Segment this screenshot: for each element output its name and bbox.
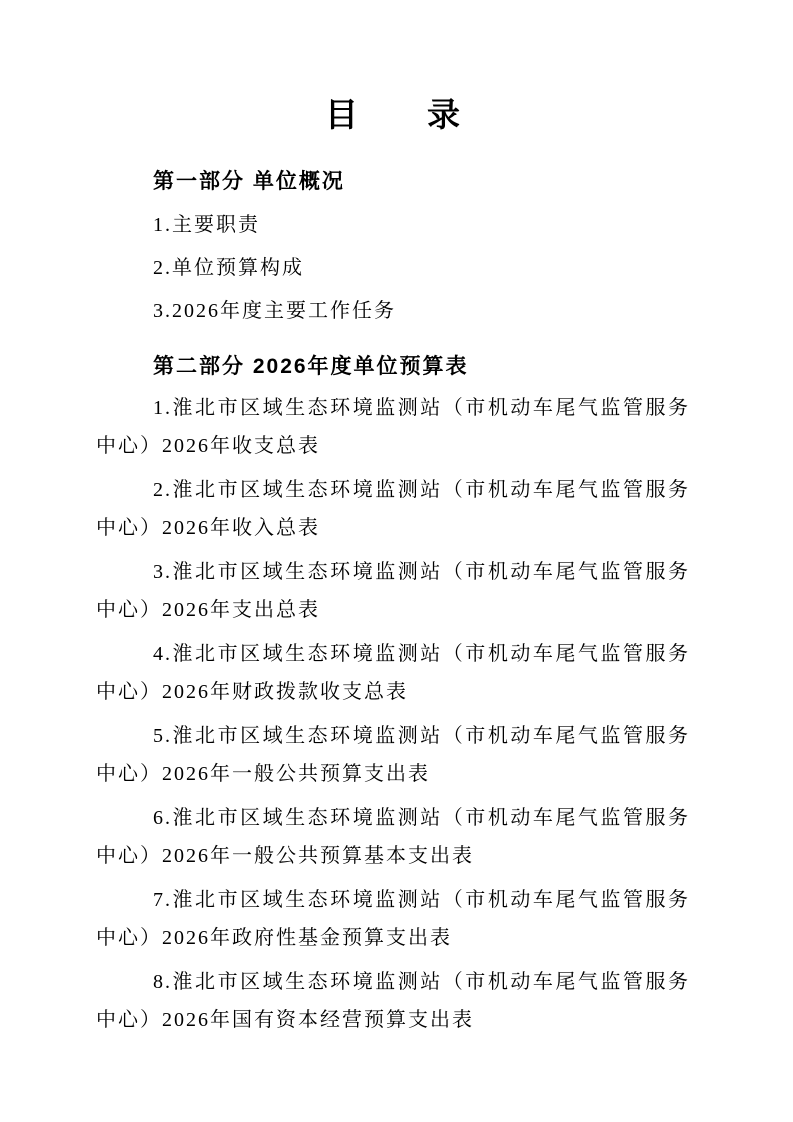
toc-part2-item-7: 7.淮北市区域生态环境监测站（市机动车尾气监管服务中心）2026年政府性基金预算… [96, 881, 690, 957]
toc-part2-item-8: 8.淮北市区域生态环境监测站（市机动车尾气监管服务中心）2026年国有资本经营预… [96, 963, 690, 1039]
toc-part2-item-1: 1.淮北市区域生态环境监测站（市机动车尾气监管服务中心）2026年收支总表 [96, 389, 690, 465]
toc-part2-item-2: 2.淮北市区域生态环境监测站（市机动车尾气监管服务中心）2026年收入总表 [96, 471, 690, 547]
toc-part1-item-1: 1.主要职责 [96, 204, 690, 247]
toc-part1-item-3: 3.2026年度主要工作任务 [96, 290, 690, 333]
toc-part2-item-5: 5.淮北市区域生态环境监测站（市机动车尾气监管服务中心）2026年一般公共预算支… [96, 717, 690, 793]
toc-part-1: 第一部分 单位概况 1.主要职责 2.单位预算构成 3.2026年度主要工作任务 [96, 160, 690, 333]
toc-part-2: 第二部分 2026年度单位预算表 1.淮北市区域生态环境监测站（市机动车尾气监管… [96, 345, 690, 1039]
part1-heading: 第一部分 单位概况 [96, 160, 690, 204]
toc-part2-item-6: 6.淮北市区域生态环境监测站（市机动车尾气监管服务中心）2026年一般公共预算基… [96, 799, 690, 875]
page-title: 目 录 [96, 98, 690, 134]
toc-part2-item-3: 3.淮北市区域生态环境监测站（市机动车尾气监管服务中心）2026年支出总表 [96, 553, 690, 629]
part2-heading: 第二部分 2026年度单位预算表 [96, 345, 690, 389]
toc-part1-item-2: 2.单位预算构成 [96, 247, 690, 290]
toc-part2-item-4: 4.淮北市区域生态环境监测站（市机动车尾气监管服务中心）2026年财政拨款收支总… [96, 635, 690, 711]
document-page: 目 录 第一部分 单位概况 1.主要职责 2.单位预算构成 3.2026年度主要… [0, 0, 793, 1122]
